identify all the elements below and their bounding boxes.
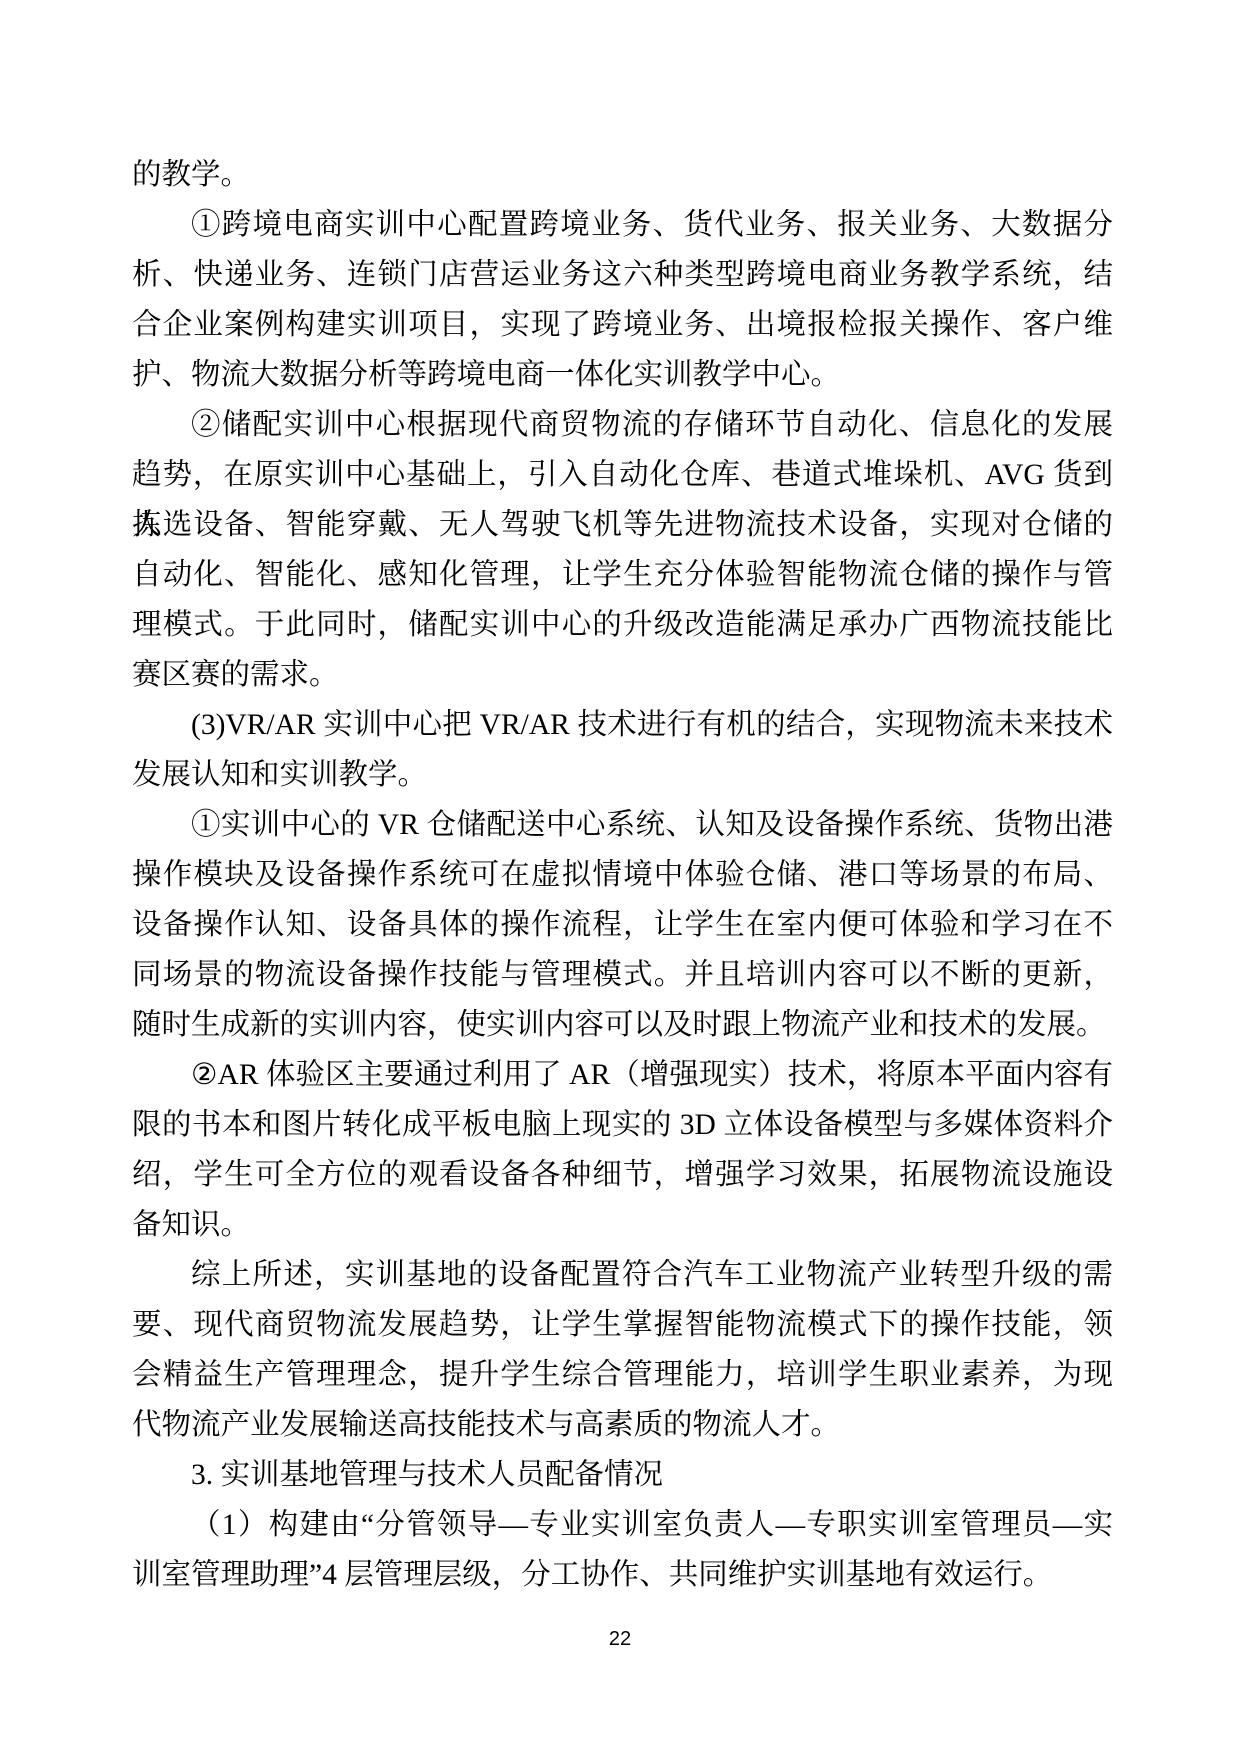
text-line: 限的书本和图片转化成平板电脑上现实的 3D 立体设备模型与多媒体资料介 <box>132 1100 1113 1150</box>
text-line: 的教学。 <box>132 150 1113 200</box>
text-line: 理模式。于此同时，储配实训中心的升级改造能满足承办广西物流技能比 <box>132 600 1113 650</box>
page-footer: 22 <box>0 1628 1240 1651</box>
text-line: 绍，学生可全方位的观看设备各种细节，增强学习效果，拓展物流设施设 <box>132 1150 1113 1200</box>
text-line: ②储配实训中心根据现代商贸物流的存储环节自动化、信息化的发展 <box>132 400 1113 450</box>
text-line: 析、快递业务、连锁门店营运业务这六种类型跨境电商业务教学系统，结 <box>132 250 1113 300</box>
text-line: 操作模块及设备操作系统可在虚拟情境中体验仓储、港口等场景的布局、 <box>132 850 1113 900</box>
text-line: ①实训中心的 VR 仓储配送中心系统、认知及设备操作系统、货物出港 <box>132 800 1113 850</box>
text-line: 趋势，在原实训中心基础上，引入自动化仓库、巷道式堆垛机、AVG 货到人 <box>132 450 1113 500</box>
document-text: 的教学。①跨境电商实训中心配置跨境业务、货代业务、报关业务、大数据分析、快递业务… <box>132 150 1113 1600</box>
text-line: (3)VR/AR 实训中心把 VR/AR 技术进行有机的结合，实现物流未来技术 <box>132 700 1113 750</box>
text-line: （1）构建由“分管领导—专业实训室负责人—专职实训室管理员—实 <box>132 1500 1113 1550</box>
text-line: 自动化、智能化、感知化管理，让学生充分体验智能物流仓储的操作与管 <box>132 550 1113 600</box>
text-line: 合企业案例构建实训项目，实现了跨境业务、出境报检报关操作、客户维 <box>132 300 1113 350</box>
text-line: ②AR 体验区主要通过利用了 AR（增强现实）技术，将原本平面内容有 <box>132 1050 1113 1100</box>
text-line: 赛区赛的需求。 <box>132 650 1113 700</box>
document-page: 的教学。①跨境电商实训中心配置跨境业务、货代业务、报关业务、大数据分析、快递业务… <box>0 0 1240 1754</box>
text-line: 拣选设备、智能穿戴、无人驾驶飞机等先进物流技术设备，实现对仓储的 <box>132 500 1113 550</box>
text-line: 备知识。 <box>132 1200 1113 1250</box>
text-line: 设备操作认知、设备具体的操作流程，让学生在室内便可体验和学习在不 <box>132 900 1113 950</box>
text-line: 3. 实训基地管理与技术人员配备情况 <box>132 1450 1113 1500</box>
text-line: 会精益生产管理理念，提升学生综合管理能力，培训学生职业素养，为现 <box>132 1350 1113 1400</box>
text-line: 综上所述，实训基地的设备配置符合汽车工业物流产业转型升级的需 <box>132 1250 1113 1300</box>
page-number: 22 <box>609 1628 631 1650</box>
text-line: 要、现代商贸物流发展趋势，让学生掌握智能物流模式下的操作技能，领 <box>132 1300 1113 1350</box>
text-line: 发展认知和实训教学。 <box>132 750 1113 800</box>
text-line: 护、物流大数据分析等跨境电商一体化实训教学中心。 <box>132 350 1113 400</box>
text-line: 同场景的物流设备操作技能与管理模式。并且培训内容可以不断的更新， <box>132 950 1113 1000</box>
text-line: 代物流产业发展输送高技能技术与高素质的物流人才。 <box>132 1400 1113 1450</box>
text-line: 随时生成新的实训内容，使实训内容可以及时跟上物流产业和技术的发展。 <box>132 1000 1113 1050</box>
text-line: 训室管理助理”4 层管理层级，分工协作、共同维护实训基地有效运行。 <box>132 1550 1113 1600</box>
text-line: ①跨境电商实训中心配置跨境业务、货代业务、报关业务、大数据分 <box>132 200 1113 250</box>
